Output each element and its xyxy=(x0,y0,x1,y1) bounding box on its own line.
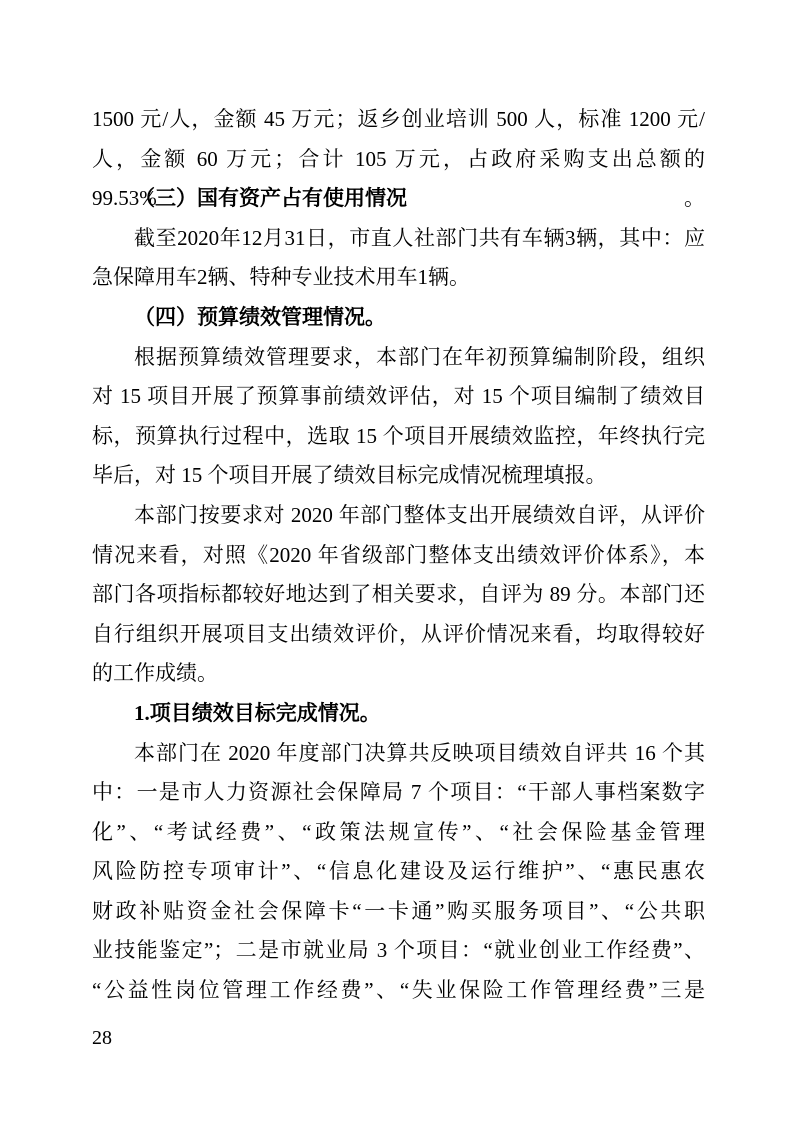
document-body: 1500 元/人，金额 45 万元；返乡创业培训 500 人，标准 1200 元… xyxy=(92,100,705,1011)
body-line: 部门各项指标都较好地达到了相关要求，自评为 89 分。本部门还 xyxy=(92,575,705,615)
body-line: 自行组织开展项目支出绩效评价，从评价情况来看，均取得较好 xyxy=(92,615,705,655)
body-line: 根据预算绩效管理要求，本部门在年初预算编制阶段，组织 xyxy=(92,338,705,378)
body-line: 标，预算执行过程中，选取 15 个项目开展绩效监控，年终执行完 xyxy=(92,417,705,457)
body-line: 本部门在 2020 年度部门决算共反映项目绩效自评共 16 个其 xyxy=(92,734,705,774)
body-line: 情况来看，对照《2020 年省级部门整体支出绩效评价体系》，本 xyxy=(92,536,705,576)
body-line: 业技能鉴定”；二是市就业局 3 个项目：“就业创业工作经费”、 xyxy=(92,931,705,971)
body-line: 的工作成绩。 xyxy=(92,654,705,694)
body-line: 化”、“考试经费”、“政策法规宣传”、“社会保险基金管理 xyxy=(92,813,705,853)
body-line: 财政补贴资金社会保障卡“一卡通”购买服务项目”、“公共职 xyxy=(92,892,705,932)
section-heading: （四）预算绩效管理情况。 xyxy=(92,298,705,338)
body-line: “公益性岗位管理工作经费”、“失业保险工作管理经费”三是 xyxy=(92,971,705,1011)
body-line: 人，金额 60 万元；合计 105 万元，占政府采购支出总额的 99.53%。 xyxy=(92,140,705,180)
sub-heading: 1.项目绩效目标完成情况。 xyxy=(92,694,705,734)
body-line: 对 15 项目开展了预算事前绩效评估，对 15 个项目编制了绩效目 xyxy=(92,377,705,417)
body-line: 急保障用车2辆、特种专业技术用车1辆。 xyxy=(92,258,705,298)
page-number: 28 xyxy=(92,1026,112,1050)
body-line: 截至2020年12月31日，市直人社部门共有车辆3辆，其中：应 xyxy=(92,219,705,259)
document-page: 1500 元/人，金额 45 万元；返乡创业培训 500 人，标准 1200 元… xyxy=(0,0,793,1122)
body-line: 中：一是市人力资源社会保障局 7 个项目：“干部人事档案数字 xyxy=(92,773,705,813)
body-line: 风险防控专项审计”、“信息化建设及运行维护”、“惠民惠农 xyxy=(92,852,705,892)
body-line: 毕后，对 15 个项目开展了绩效目标完成情况梳理填报。 xyxy=(92,456,705,496)
body-line: 1500 元/人，金额 45 万元；返乡创业培训 500 人，标准 1200 元… xyxy=(92,100,705,140)
body-line: 本部门按要求对 2020 年部门整体支出开展绩效自评，从评价 xyxy=(92,496,705,536)
